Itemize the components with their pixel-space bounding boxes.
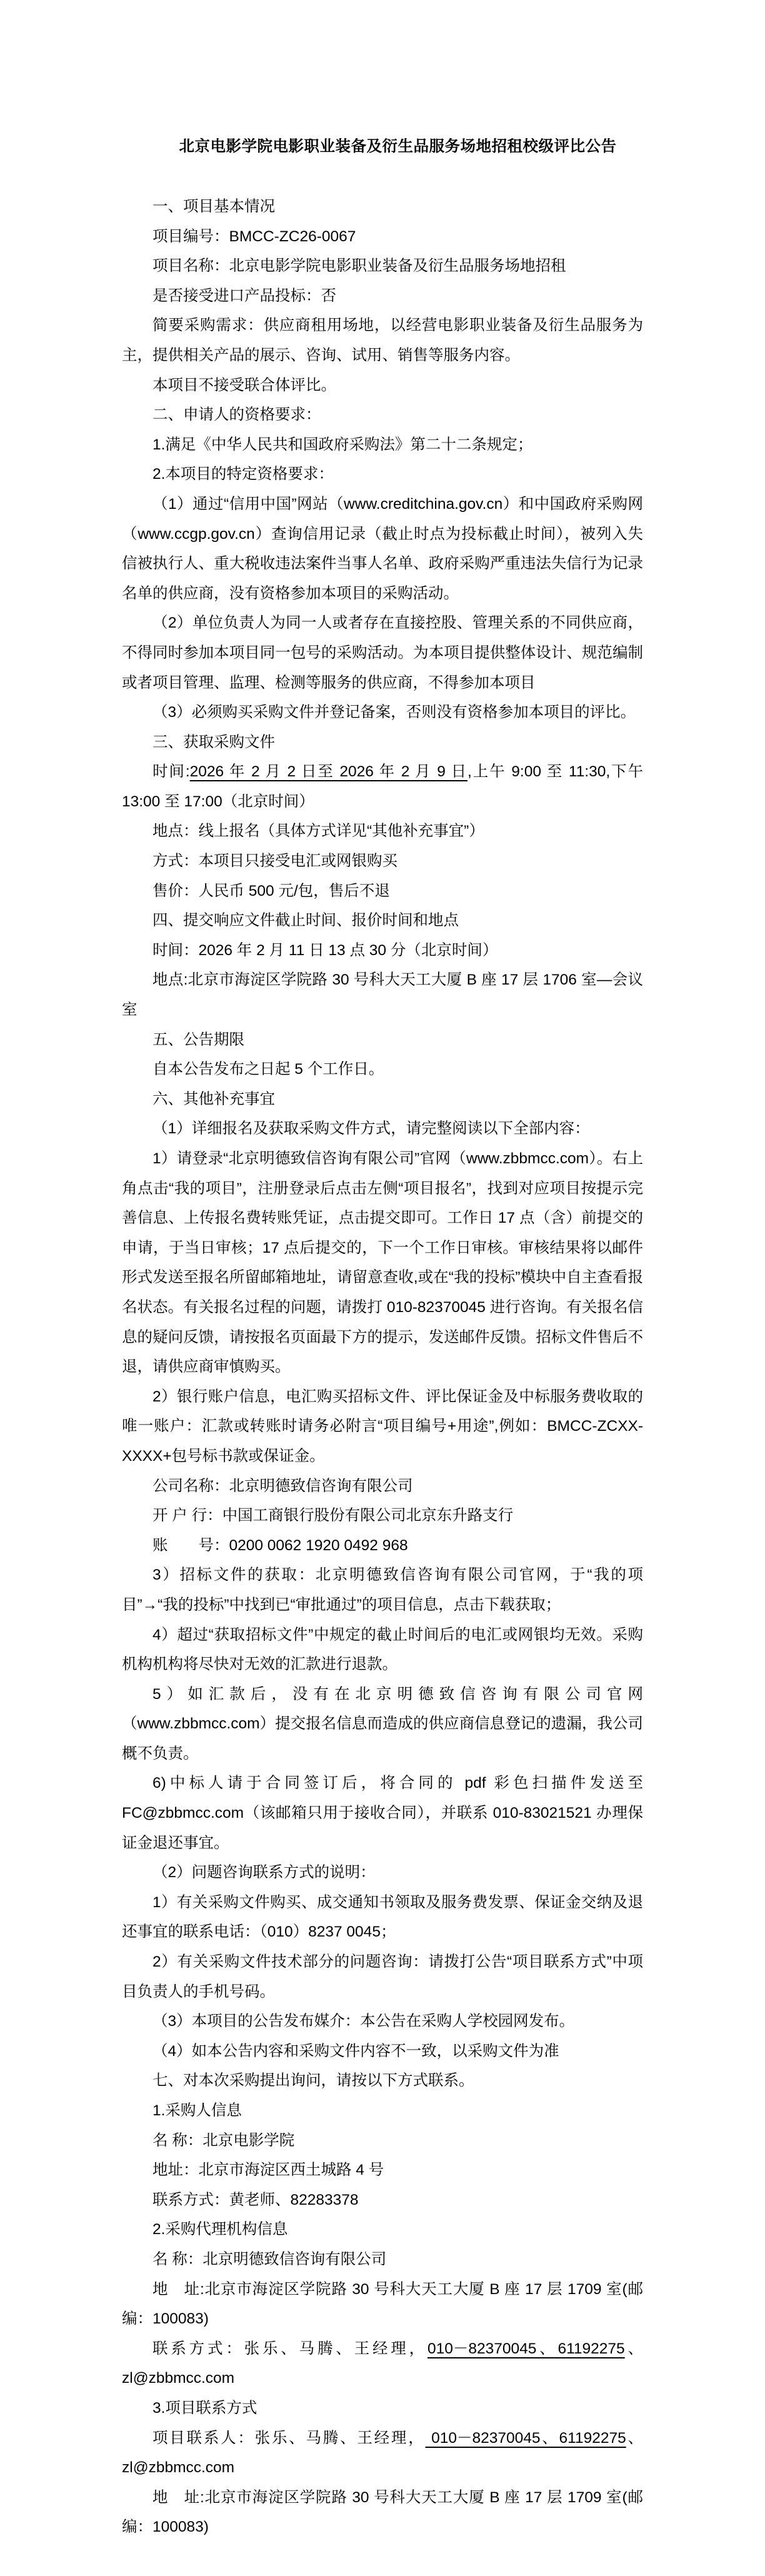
text-run: （4）如本公告内容和采购文件内容不一致，以采购文件为准 bbox=[152, 2043, 559, 2060]
text-run: 联系方式：张乐、马腾、王经理， bbox=[152, 2340, 427, 2357]
paragraph: 联系方式：张乐、马腾、王经理，010－82370045、61192275、zl@… bbox=[122, 2334, 643, 2393]
text-run: （1）详细报名及获取采购文件方式，请完整阅读以下全部内容： bbox=[152, 1120, 590, 1137]
text-run: 方式：本项目只接受电汇或网银购买 bbox=[152, 853, 397, 870]
text-run: 地 址:北京市海淀区学院路 30 号科大天工大厦 B 座 17 层 1709 室… bbox=[122, 2281, 643, 2328]
text-run: 2）银行账户信息，电汇购买招标文件、评比保证金及中标服务费收取的唯一账户：汇款或… bbox=[122, 1388, 643, 1465]
paragraph: （4）如本公告内容和采购文件内容不一致，以采购文件为准 bbox=[122, 2037, 643, 2067]
paragraph: 自本公告发布之日起 5 个工作日。 bbox=[122, 1055, 643, 1085]
text-run: （3）本项目的公告发布媒介：本公告在采购人学校园网发布。 bbox=[152, 2013, 574, 2030]
paragraph: 2）有关采购文件技术部分的问题咨询：请拨打公告“项目联系方式”中项目负责人的手机… bbox=[122, 1947, 643, 2007]
text-run: 2.本项目的特定资格要求： bbox=[152, 466, 334, 483]
text-run: 项目名称：北京电影学院电影职业装备及衍生品服务场地招租 bbox=[152, 258, 566, 274]
text-run: 开 户 行：中国工商银行股份有限公司北京东升路支行 bbox=[152, 1507, 513, 1524]
paragraph: （2）问题咨询联系方式的说明： bbox=[122, 1858, 643, 1888]
text-run: 4）超过“获取招标文件”中规定的截止时间后的电汇或网银均无效。采购机构机构将尽快… bbox=[122, 1626, 643, 1673]
text-run: 时间：2026 年 2 月 11 日 13 点 30 分（北京时间） bbox=[152, 942, 497, 959]
paragraph: 项目编号：BMCC-ZC26-0067 bbox=[122, 222, 643, 252]
paragraph: 6)中标人请于合同签订后，将合同的 pdf 彩色扫描件发送至 FC@zbbmcc… bbox=[122, 1768, 643, 1858]
text-run: 二、申请人的资格要求： bbox=[152, 406, 321, 423]
text-run: （2）单位负责人为同一人或者存在直接控股、管理关系的不同供应商，不得同时参加本项… bbox=[122, 614, 643, 691]
text-run: 是否接受进口产品投标：否 bbox=[152, 288, 336, 304]
text-run: 名 称：北京电影学院 bbox=[152, 2132, 294, 2149]
text-run: 项目编号：BMCC-ZC26-0067 bbox=[152, 228, 356, 245]
paragraph: 名 称：北京明德致信咨询有限公司 bbox=[122, 2245, 643, 2275]
paragraph: 项目联系人：张乐、马腾、王经理， 010－82370045、61192275、z… bbox=[122, 2423, 643, 2483]
paragraph: 项目名称：北京电影学院电影职业装备及衍生品服务场地招租 bbox=[122, 251, 643, 281]
paragraph: 2.本项目的特定资格要求： bbox=[122, 459, 643, 489]
paragraph: 3）招标文件的获取：北京明德致信咨询有限公司官网，于“我的项目”→“我的投标”中… bbox=[122, 1560, 643, 1620]
document-title: 北京电影学院电影职业装备及衍生品服务场地招租校级评比公告 bbox=[122, 132, 643, 162]
text-run: 地址：北京市海淀区西土城路 4 号 bbox=[152, 2162, 384, 2178]
paragraph: 地 址:北京市海淀区学院路 30 号科大天工大厦 B 座 17 层 1709 室… bbox=[122, 2483, 643, 2542]
paragraph: 三、获取采购文件 bbox=[122, 728, 643, 758]
text-run: 项目联系人：张乐、马腾、王经理， bbox=[152, 2430, 426, 2447]
text-run: 2）有关采购文件技术部分的问题咨询：请拨打公告“项目联系方式”中项目负责人的手机… bbox=[122, 1953, 643, 2000]
paragraph: 时间：2026 年 2 月 11 日 13 点 30 分（北京时间） bbox=[122, 936, 643, 966]
text-run: 1）请登录“北京明德致信咨询有限公司”官网（www.zbbmcc.com）。右上… bbox=[122, 1150, 643, 1375]
text-run: 1.采购人信息 bbox=[152, 2102, 242, 2119]
paragraph: 一、项目基本情况 bbox=[122, 192, 643, 222]
underlined-text: 010－82370045、61192275 bbox=[427, 2340, 625, 2357]
paragraph: 1.满足《中华人民共和国政府采购法》第二十二条规定； bbox=[122, 430, 643, 460]
text-run: 地点：线上报名（具体方式详见“其他补充事宜”） bbox=[152, 823, 484, 839]
text-run: 本项目不接受联合体评比。 bbox=[152, 377, 336, 394]
text-run: 3）招标文件的获取：北京明德致信咨询有限公司官网，于“我的项目”→“我的投标”中… bbox=[122, 1566, 643, 1613]
paragraph: 七、对本次采购提出询问，请按以下方式联系。 bbox=[122, 2066, 643, 2096]
paragraph: 地 址:北京市海淀区学院路 30 号科大天工大厦 B 座 17 层 1709 室… bbox=[122, 2275, 643, 2334]
text-run: 6)中标人请于合同签订后，将合同的 pdf 彩色扫描件发送至 FC@zbbmcc… bbox=[122, 1775, 643, 1851]
text-run: 2.采购代理机构信息 bbox=[152, 2221, 287, 2238]
paragraph: 5）如汇款后，没有在北京明德致信咨询有限公司官网（www.zbbmcc.com）… bbox=[122, 1680, 643, 1769]
text-run: 公司名称：北京明德致信咨询有限公司 bbox=[152, 1478, 413, 1495]
paragraph: 四、提交响应文件截止时间、报价时间和地点 bbox=[122, 906, 643, 936]
text-run: 时间: bbox=[152, 763, 190, 780]
paragraph: 联系方式：黄老师、82283378 bbox=[122, 2185, 643, 2215]
paragraph: （1）通过“信用中国”网站（www.creditchina.gov.cn）和中国… bbox=[122, 489, 643, 608]
text-run: 五、公告期限 bbox=[152, 1031, 244, 1048]
text-run: （1）通过“信用中国”网站（www.creditchina.gov.cn）和中国… bbox=[122, 496, 643, 602]
text-run: 地 址:北京市海淀区学院路 30 号科大天工大厦 B 座 17 层 1709 室… bbox=[122, 2489, 643, 2536]
paragraph: 2.采购代理机构信息 bbox=[122, 2215, 643, 2245]
text-run: 简要采购需求：供应商租用场地，以经营电影职业装备及衍生品服务为主，提供相关产品的… bbox=[122, 317, 643, 364]
paragraph: 4）超过“获取招标文件”中规定的截止时间后的电汇或网银均无效。采购机构机构将尽快… bbox=[122, 1620, 643, 1680]
paragraph: 1.采购人信息 bbox=[122, 2096, 643, 2126]
text-run: 一、项目基本情况 bbox=[152, 198, 275, 215]
paragraph: 1）有关采购文件购买、成交通知书领取及服务费发票、保证金交纳及退还事宜的联系电话… bbox=[122, 1888, 643, 1947]
paragraph: 六、其他补充事宜 bbox=[122, 1085, 643, 1115]
paragraph: 地点：线上报名（具体方式详见“其他补充事宜”） bbox=[122, 816, 643, 846]
text-run: 自本公告发布之日起 5 个工作日。 bbox=[152, 1061, 384, 1078]
underlined-text: 2026 年 2 月 2 日至 2026 年 2 月 9 日 bbox=[190, 763, 467, 780]
paragraph: 二、申请人的资格要求： bbox=[122, 400, 643, 430]
paragraph: 地点:北京市海淀区学院路 30 号科大天工大厦 B 座 17 层 1706 室—… bbox=[122, 965, 643, 1025]
text-run: 三、获取采购文件 bbox=[152, 734, 275, 751]
paragraph: 时间:2026 年 2 月 2 日至 2026 年 2 月 9 日,上午 9:0… bbox=[122, 757, 643, 816]
document-body: 一、项目基本情况项目编号：BMCC-ZC26-0067项目名称：北京电影学院电影… bbox=[122, 192, 643, 2542]
paragraph: （3）必须购买采购文件并登记备案，否则没有资格参加本项目的评比。 bbox=[122, 698, 643, 728]
text-run: 1.满足《中华人民共和国政府采购法》第二十二条规定； bbox=[152, 436, 532, 453]
text-run: 3.项目联系方式 bbox=[152, 2400, 257, 2417]
underlined-text: 010－82370045、61192275 bbox=[426, 2430, 626, 2447]
text-run: 六、其他补充事宜 bbox=[152, 1091, 275, 1108]
paragraph: 1）请登录“北京明德致信咨询有限公司”官网（www.zbbmcc.com）。右上… bbox=[122, 1144, 643, 1382]
text-run: 5）如汇款后，没有在北京明德致信咨询有限公司官网（www.zbbmcc.com）… bbox=[122, 1686, 643, 1762]
paragraph: 3.项目联系方式 bbox=[122, 2393, 643, 2423]
paragraph: 简要采购需求：供应商租用场地，以经营电影职业装备及衍生品服务为主，提供相关产品的… bbox=[122, 311, 643, 370]
paragraph: 地址：北京市海淀区西土城路 4 号 bbox=[122, 2155, 643, 2185]
paragraph: 本项目不接受联合体评比。 bbox=[122, 371, 643, 401]
text-run: 名 称：北京明德致信咨询有限公司 bbox=[152, 2251, 386, 2268]
paragraph: 售价：人民币 500 元/包，售后不退 bbox=[122, 876, 643, 906]
paragraph: （2）单位负责人为同一人或者存在直接控股、管理关系的不同供应商，不得同时参加本项… bbox=[122, 608, 643, 698]
paragraph: 开 户 行：中国工商银行股份有限公司北京东升路支行 bbox=[122, 1501, 643, 1531]
paragraph: 五、公告期限 bbox=[122, 1025, 643, 1055]
paragraph: 账 号：0200 0062 1920 0492 968 bbox=[122, 1531, 643, 1561]
text-run: （3）必须购买采购文件并登记备案，否则没有资格参加本项目的评比。 bbox=[152, 704, 636, 721]
text-run: 七、对本次采购提出询问，请按以下方式联系。 bbox=[152, 2072, 474, 2089]
paragraph: 是否接受进口产品投标：否 bbox=[122, 281, 643, 311]
paragraph: 方式：本项目只接受电汇或网银购买 bbox=[122, 846, 643, 876]
text-run: 地点:北京市海淀区学院路 30 号科大天工大厦 B 座 17 层 1706 室—… bbox=[122, 971, 643, 1018]
text-run: 四、提交响应文件截止时间、报价时间和地点 bbox=[152, 912, 459, 929]
paragraph: （3）本项目的公告发布媒介：本公告在采购人学校园网发布。 bbox=[122, 2007, 643, 2037]
text-run: 售价：人民币 500 元/包，售后不退 bbox=[152, 883, 390, 900]
text-run: 1）有关采购文件购买、成交通知书领取及服务费发票、保证金交纳及退还事宜的联系电话… bbox=[122, 1894, 643, 1941]
text-run: 账 号：0200 0062 1920 0492 968 bbox=[152, 1537, 408, 1554]
text-run: （2）问题咨询联系方式的说明： bbox=[152, 1864, 376, 1881]
paragraph: （1）详细报名及获取采购文件方式，请完整阅读以下全部内容： bbox=[122, 1114, 643, 1144]
paragraph: 2）银行账户信息，电汇购买招标文件、评比保证金及中标服务费收取的唯一账户：汇款或… bbox=[122, 1382, 643, 1471]
document-page: 北京电影学院电影职业装备及衍生品服务场地招租校级评比公告 一、项目基本情况项目编… bbox=[0, 0, 765, 2576]
text-run: 联系方式：黄老师、82283378 bbox=[152, 2192, 359, 2208]
paragraph: 公司名称：北京明德致信咨询有限公司 bbox=[122, 1471, 643, 1501]
paragraph: 名 称：北京电影学院 bbox=[122, 2126, 643, 2156]
